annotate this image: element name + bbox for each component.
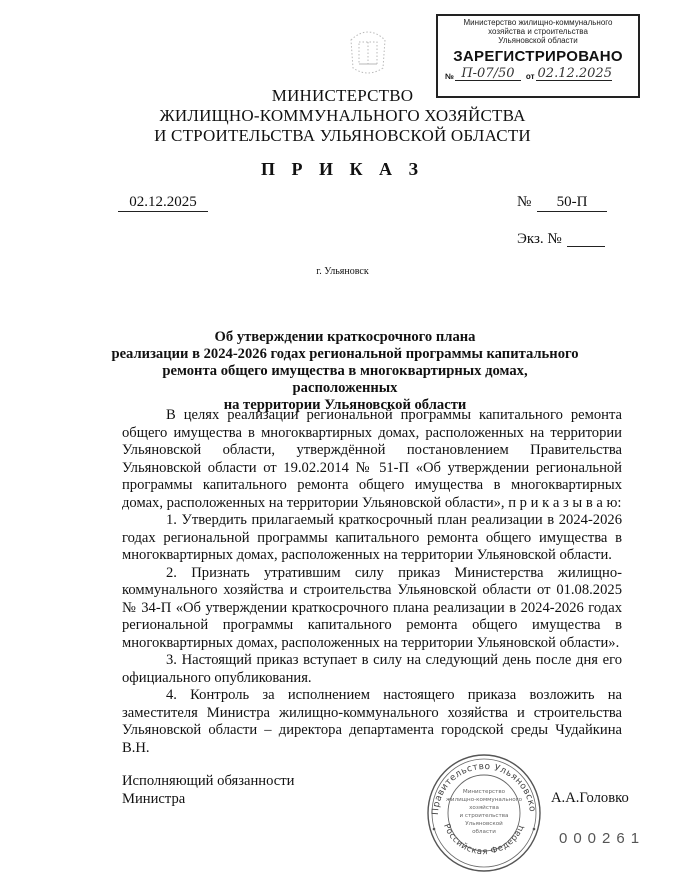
position-line: Исполняющий обязанности [122,772,294,790]
stamp-org-line: Министерство жилищно-коммунального [444,18,632,27]
seal-inner-line: хозяйства [469,804,499,811]
serial-number: 000261 [559,830,645,847]
stamp-date-label: от [525,72,536,81]
city: г. Ульяновск [0,266,685,277]
coat-of-arms-icon [343,22,393,80]
order-item-2: 2. Признать утратившим силу приказ Минис… [122,565,622,653]
order-title: Об утверждении краткосрочного плана реал… [110,329,580,414]
ministry-header: МИНИСТЕРСТВО ЖИЛИЩНО-КОММУНАЛЬНОГО ХОЗЯЙ… [0,86,685,146]
title-line: Об утверждении краткосрочного плана [110,329,580,346]
position-line: Министра [122,790,294,808]
stamp-org-line: Ульяновской области [444,36,632,45]
order-body: В целях реализации региональной программ… [122,407,622,757]
preamble: В целях реализации региональной программ… [122,407,622,512]
official-seal-icon: Правительство Ульяновской области Россий… [424,749,544,875]
order-number-label: № [517,194,531,211]
stamp-number-value: П-07/50 [455,67,521,81]
order-item-3: 3. Настоящий приказ вступает в силу на с… [122,652,622,687]
title-line: реализации в 2024-2026 годах регионально… [110,346,580,363]
stamp-date-value: 02.12.2025 [536,67,612,81]
order-item-1: 1. Утвердить прилагаемый краткосрочный п… [122,512,622,565]
signatory-name: А.А.Головко [551,790,629,807]
seal-inner-line: области [472,829,496,835]
document-type: П Р И К А З [0,159,685,180]
copy-number-label: Экз. № [517,231,562,248]
order-item-4: 4. Контроль за исполнением настоящего пр… [122,687,622,757]
stamp-number-label: № [444,72,455,81]
ministry-line: И СТРОИТЕЛЬСТВА УЛЬЯНОВСКОЙ ОБЛАСТИ [0,126,685,146]
signatory-position: Исполняющий обязанности Министра [122,772,294,808]
seal-inner-line: Министерство [463,789,506,795]
stamp-org-line: хозяйства и строительства [444,27,632,36]
stamp-number-line: № П-07/50 от 02.12.2025 [444,67,632,81]
seal-inner-line: жилищно-коммунального [446,797,523,803]
seal-inner-line: Ульяновской [465,820,503,827]
order-date: 02.12.2025 [118,193,208,212]
copy-number-blank [567,245,605,247]
ministry-line: ЖИЛИЩНО-КОММУНАЛЬНОГО ХОЗЯЙСТВА [0,106,685,126]
stamp-status: ЗАРЕГИСТРИРОВАНО [444,48,632,65]
seal-inner-line: и строительства [460,813,509,819]
ministry-line: МИНИСТЕРСТВО [0,86,685,106]
title-line: ремонта общего имущества в многоквартирн… [110,363,580,397]
order-number: 50-П [537,193,607,212]
